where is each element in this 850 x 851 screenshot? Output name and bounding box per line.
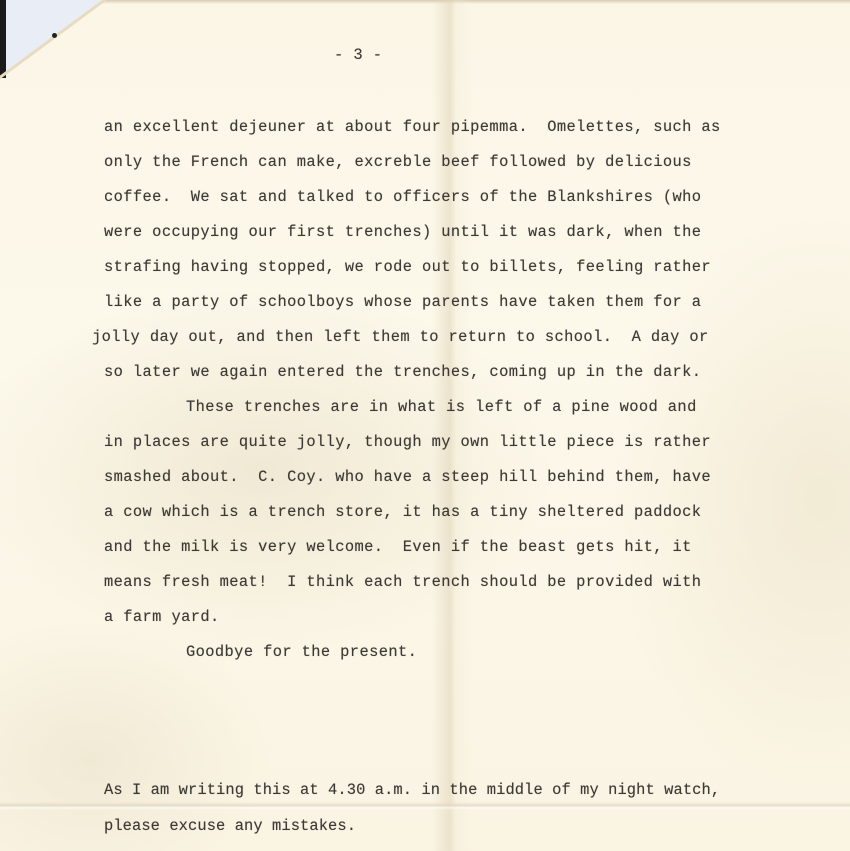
horizontal-fold-crease (0, 802, 850, 810)
body-line: like a party of schoolboys whose parents… (104, 291, 701, 313)
postscript-line: As I am writing this at 4.30 a.m. in the… (104, 779, 720, 801)
body-line: coffee. We sat and talked to officers of… (104, 186, 701, 208)
pin-hole-mark (52, 33, 57, 38)
body-line: a cow which is a trench store, it has a … (104, 501, 701, 523)
letter-page: - 3 - an excellent dejeuner at about fou… (0, 0, 850, 851)
body-line: only the French can make, excreble beef … (104, 151, 692, 173)
body-line: an excellent dejeuner at about four pipe… (104, 116, 721, 138)
body-line: strafing having stopped, we rode out to … (104, 256, 711, 278)
body-line: in places are quite jolly, though my own… (104, 431, 711, 453)
page-number: - 3 - (334, 46, 383, 64)
body-line: smashed about. C. Coy. who have a steep … (104, 466, 711, 488)
paper-top-edge (100, 0, 850, 4)
body-line: were occupying our first trenches) until… (104, 221, 701, 243)
postscript-line: please excuse any mistakes. (104, 815, 356, 837)
closing-line: Goodbye for the present. (186, 641, 417, 663)
body-line: a farm yard. (104, 606, 220, 628)
paragraph-start-line: These trenches are in what is left of a … (186, 396, 697, 418)
body-line: and the milk is very welcome. Even if th… (104, 536, 692, 558)
body-line: jolly day out, and then left them to ret… (92, 326, 709, 348)
body-line: means fresh meat! I think each trench sh… (104, 571, 701, 593)
body-line: so later we again entered the trenches, … (104, 361, 701, 383)
scanner-edge (0, 0, 6, 78)
